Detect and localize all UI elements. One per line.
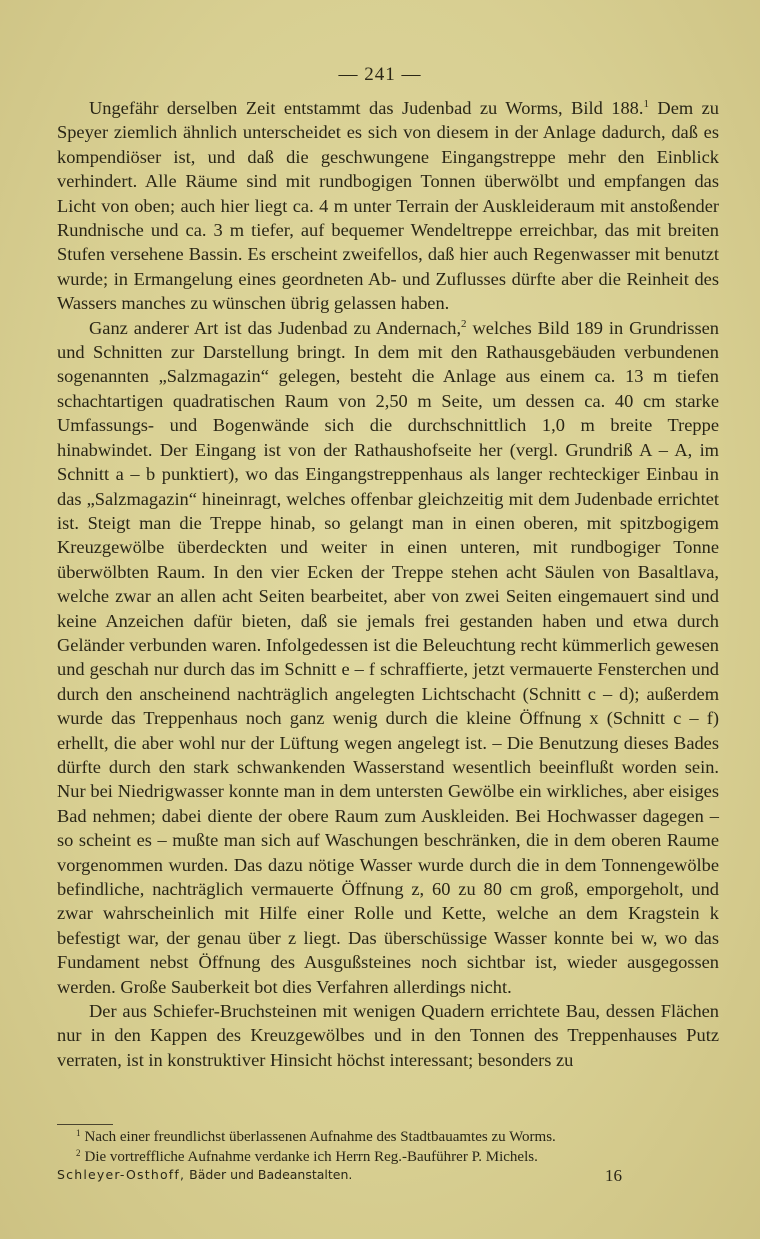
footnote-2: 2Die vortreffliche Aufnahme verdanke ich… xyxy=(76,1148,716,1168)
signature-title: Bäder und Badeanstalten. xyxy=(189,1167,352,1182)
paragraph-andernach: Ganz anderer Art ist das Judenbad zu And… xyxy=(57,316,719,999)
paragraph-text: Dem zu Speyer ziemlich ähnlich untersche… xyxy=(57,98,719,313)
footnotes: 1Nach einer freundlichst überlassenen Au… xyxy=(76,1128,716,1167)
paragraph-worms: Ungefähr derselben Zeit entstammt das Ju… xyxy=(57,96,719,316)
footnote-1: 1Nach einer freundlichst überlassenen Au… xyxy=(76,1128,716,1148)
paragraph-text: Ungefähr derselben Zeit entstammt das Ju… xyxy=(89,98,643,118)
printer-signature: Schleyer-Osthoff, Bäder und Badeanstalte… xyxy=(57,1167,717,1187)
footnote-text: Nach einer freundlichst überlassenen Auf… xyxy=(85,1129,556,1145)
footnote-text: Die vortreffliche Aufnahme verdanke ich … xyxy=(85,1149,538,1165)
body-text: Ungefähr derselben Zeit entstammt das Ju… xyxy=(57,96,719,1072)
page-number: — 241 — xyxy=(0,64,760,86)
signature-author: Schleyer-Osthoff, xyxy=(57,1167,185,1182)
sheet-number: 16 xyxy=(605,1166,622,1186)
paragraph-construction: Der aus Schiefer-Bruchsteinen mit wenige… xyxy=(57,999,719,1072)
paragraph-text: Ganz anderer Art ist das Judenbad zu And… xyxy=(89,318,461,338)
footnote-marker: 1 xyxy=(76,1128,81,1138)
footnote-marker: 2 xyxy=(76,1148,81,1158)
footnote-divider xyxy=(57,1124,113,1125)
paragraph-text: Der aus Schiefer-Bruchsteinen mit wenige… xyxy=(57,1001,719,1070)
paragraph-text: welches Bild 189 in Grundrissen und Schn… xyxy=(57,318,719,997)
